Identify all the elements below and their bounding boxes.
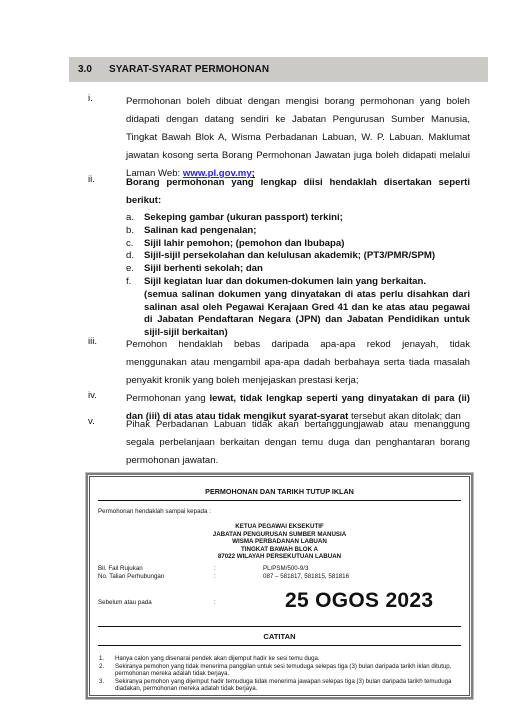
sublist-item: f.Sijil kegiatan luar dan dokumen-dokume… — [126, 276, 470, 340]
sub-marker: a. — [126, 212, 134, 225]
address-line: TINGKAT BAWAH BLOK A — [90, 546, 469, 554]
note-marker: 3. — [99, 678, 104, 686]
note-text: Sekiranya pemohon yang tidak menerima pa… — [115, 663, 451, 678]
sub-text: Sekeping gambar (ukuran passport) terkin… — [144, 212, 343, 223]
address-line: JABATAN PENGURUSAN SUMBER MANUSIA — [90, 531, 469, 539]
notes-title: CATITAN — [90, 632, 469, 641]
field-value: 087 – 581817, 581815, 581816 — [263, 573, 349, 580]
item-text: Borang permohonan yang lengkap diisi hen… — [126, 174, 470, 210]
section-header: 3.0 SYARAT-SYARAT PERMOHONAN — [69, 57, 488, 82]
field-sep: : — [214, 599, 216, 606]
field-value: PL/PSM/500-9/3 — [263, 565, 308, 572]
section-title: SYARAT-SYARAT PERMOHONAN — [109, 64, 269, 75]
sub-text: Sijil lahir pemohon; (pemohon dan Ibubap… — [144, 238, 344, 249]
divider — [98, 645, 461, 646]
address-line: WISMA PERBADANAN LABUAN — [90, 538, 469, 546]
address-line: KETUA PEGAWAI EKSEKUTIF — [90, 523, 469, 531]
sublist-item: b.Salinan kad pengenalan; — [126, 225, 470, 238]
sublist-item: c.Sijil lahir pemohon; (pemohon dan Ibub… — [126, 238, 470, 251]
field-label: Sebelum atau pada — [98, 599, 152, 606]
item-marker: iii. — [88, 336, 97, 347]
note-text: Hanya calon yang disenarai pendek akan d… — [115, 655, 320, 662]
item-body: Borang permohonan yang lengkap diisi hen… — [126, 174, 470, 340]
item-body: Pihak Perbadanan Labuan tidak akan berta… — [126, 416, 470, 470]
field-label: No. Talian Perhubungan — [98, 573, 164, 580]
sub-text: Sijil-sijil persekolahan dan kelulusan a… — [144, 250, 435, 261]
note-marker: 2. — [99, 663, 104, 671]
item-marker: ii. — [88, 174, 95, 185]
field-label: Bil. Fail Rujukan — [98, 565, 143, 572]
closing-date-box: PERMOHONAN DAN TARIKH TUTUP IKLAN Permoh… — [86, 473, 473, 699]
note-item: 1.Hanya calon yang disenarai pendek akan… — [98, 655, 461, 663]
sublist-item: e.Sijil berhenti sekolah; dan — [126, 263, 470, 276]
note-marker: 1. — [99, 655, 104, 663]
field-sep: : — [214, 565, 216, 572]
field-sep: : — [214, 573, 216, 580]
box-frame: PERMOHONAN DAN TARIKH TUTUP IKLAN Permoh… — [89, 476, 470, 696]
section-number: 3.0 — [78, 64, 92, 75]
note-item: 2.Sekiranya pemohon yang tidak menerima … — [98, 663, 461, 678]
item-marker: iv. — [88, 390, 97, 401]
certification-note: (semua salinan dokumen yang dinyatakan d… — [144, 289, 470, 340]
item-body: Pemohon hendaklah bebas daripada apa-apa… — [126, 336, 470, 390]
item-text: Permohonan boleh dibuat dengan mengisi b… — [126, 96, 470, 179]
box-intro: Permohonan hendaklah sampai kepada : — [98, 508, 211, 515]
box-title: PERMOHONAN DAN TARIKH TUTUP IKLAN — [90, 487, 469, 496]
note-item: 3.Sekiranya pemohon yang dijemput hadir … — [98, 678, 461, 693]
document-sublist: a.Sekeping gambar (ukuran passport) terk… — [126, 212, 470, 340]
deadline-date: 25 OGOS 2023 — [285, 589, 433, 613]
item-marker: v. — [88, 416, 95, 427]
address-line: 87022 WILAYAH PERSEKUTUAN LABUAN — [90, 553, 469, 561]
sublist-item: d.Sijil-sijil persekolahan dan kelulusan… — [126, 250, 470, 263]
sub-marker: e. — [126, 263, 134, 276]
item-marker: i. — [88, 93, 93, 104]
item-text: Permohonan yang — [126, 393, 209, 404]
address-block: KETUA PEGAWAI EKSEKUTIF JABATAN PENGURUS… — [90, 523, 469, 561]
sub-text: Sijil berhenti sekolah; dan — [144, 263, 263, 274]
sub-marker: f. — [126, 276, 131, 289]
sub-text: Sijil kegiatan luar dan dokumen-dokumen … — [144, 276, 426, 287]
document-page: 3.0 SYARAT-SYARAT PERMOHONAN i. Permohon… — [0, 0, 526, 723]
divider — [98, 626, 461, 627]
note-text: Sekiranya pemohon yang dijemput hadir te… — [115, 678, 451, 693]
sub-marker: d. — [126, 250, 134, 263]
divider — [98, 500, 461, 501]
item-body: Permohonan boleh dibuat dengan mengisi b… — [126, 93, 470, 183]
sub-marker: b. — [126, 225, 134, 238]
sub-text: Salinan kad pengenalan; — [144, 225, 257, 236]
sub-marker: c. — [126, 238, 133, 251]
sublist-item: a.Sekeping gambar (ukuran passport) terk… — [126, 212, 470, 225]
notes-list: 1.Hanya calon yang disenarai pendek akan… — [98, 655, 461, 693]
